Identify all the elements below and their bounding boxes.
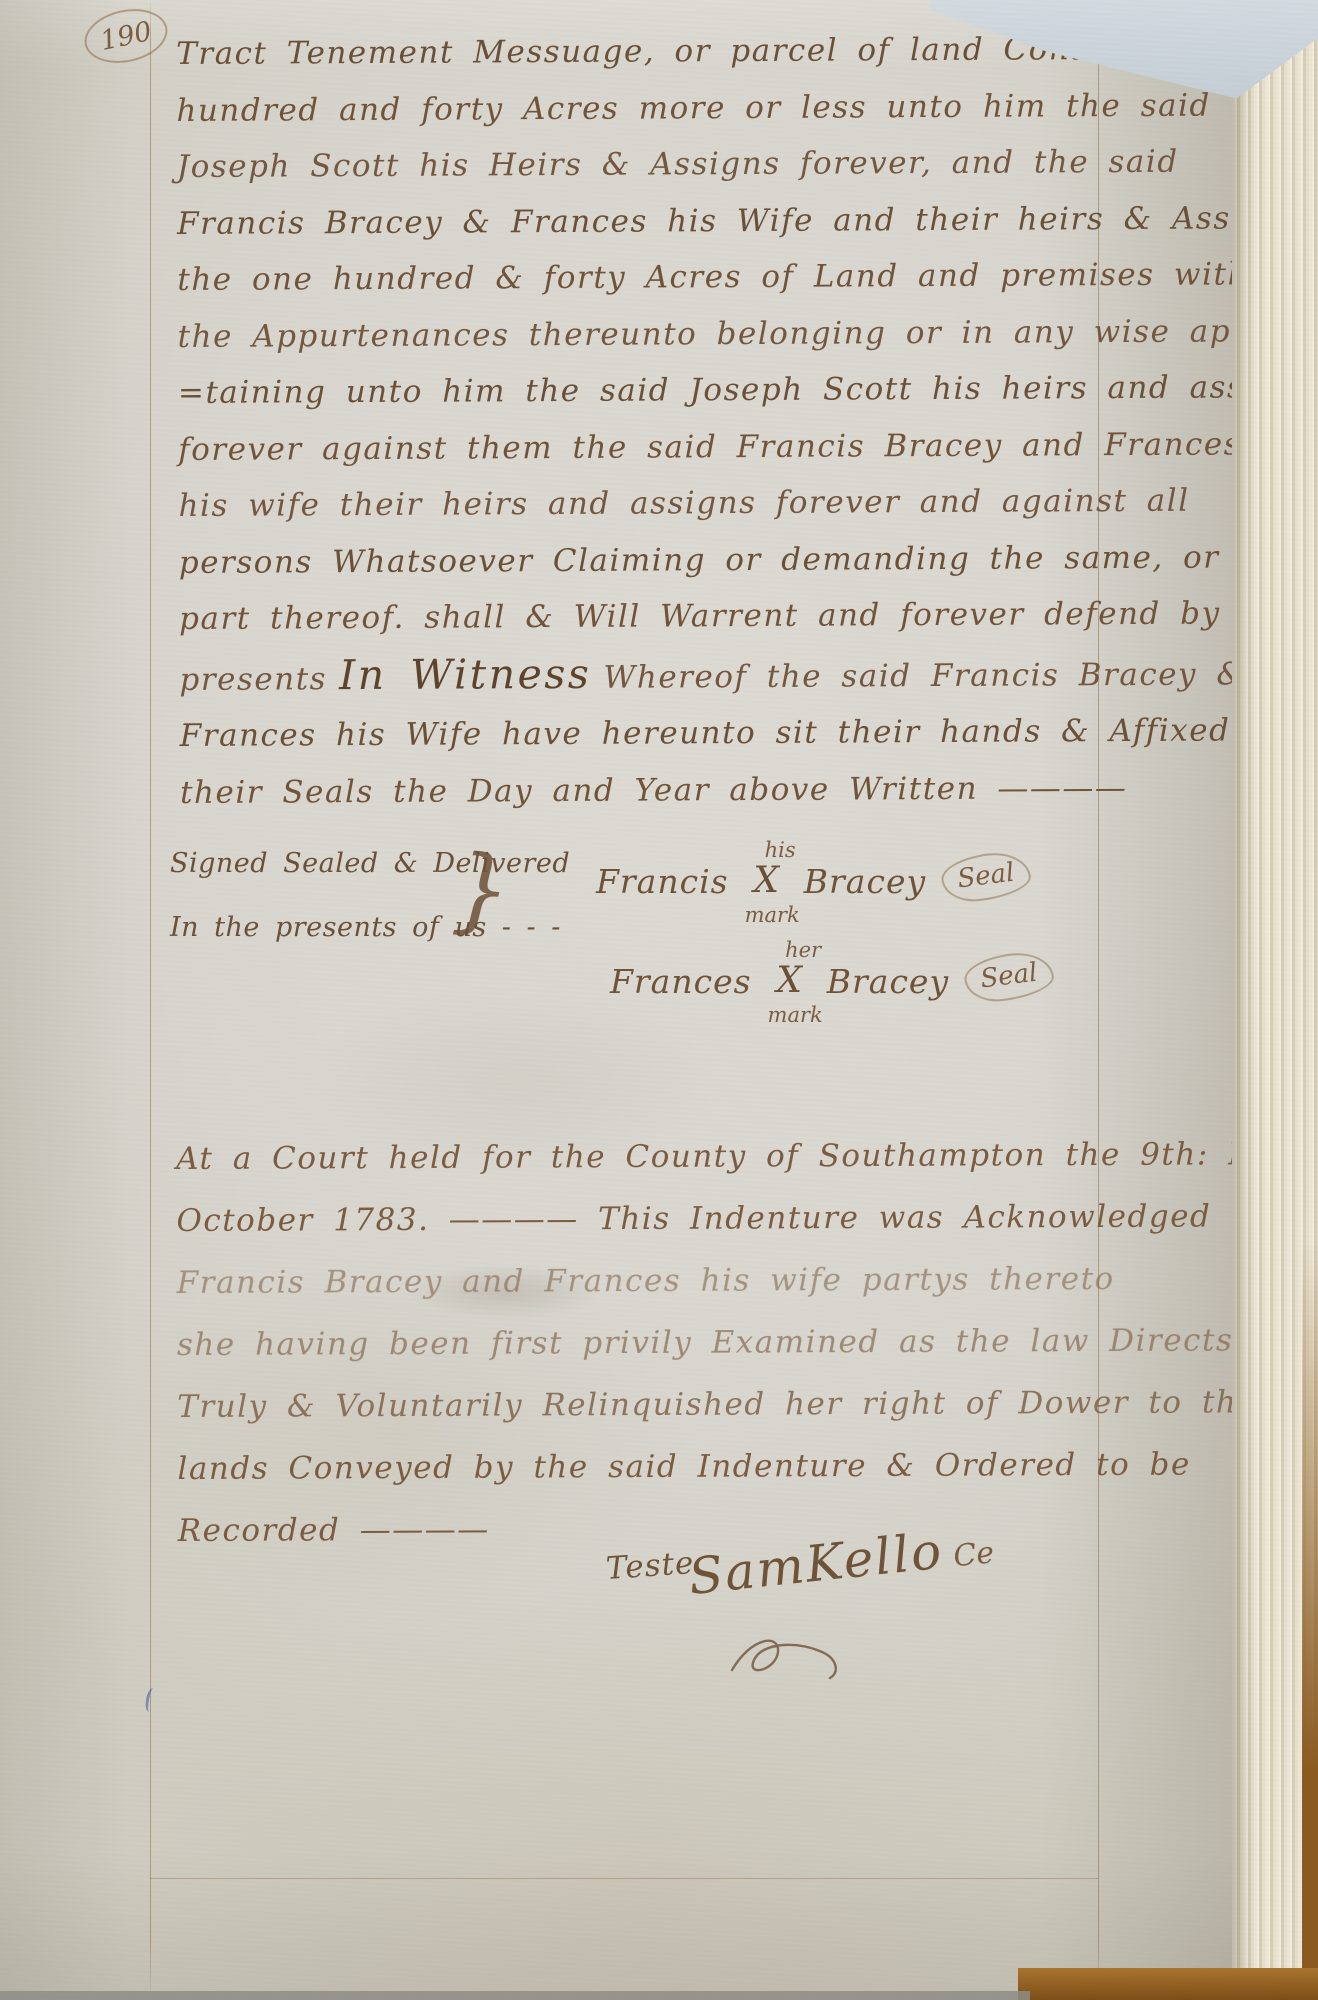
desk-wood-strip — [1018, 1968, 1318, 2000]
deed-line: Joseph Scott his Heirs & Assigns forever… — [177, 134, 1117, 195]
signer-first-name: Francis — [596, 862, 729, 901]
signer-last-name: Bracey — [804, 862, 926, 901]
page-bottom-shadow — [0, 1991, 1030, 2000]
signer-first-name: Frances — [610, 962, 752, 1001]
witness-line-pre: presents — [179, 661, 327, 698]
signature-x-mark: X — [776, 963, 802, 999]
bottom-margin-rule — [150, 1878, 1098, 1879]
attestation-brace-icon: } — [449, 835, 513, 945]
mark-possessive: his — [765, 840, 796, 861]
signature-frances-bracey: Frances her X mark Bracey Seal — [610, 942, 1054, 1020]
clerk-signature-title: Ce — [952, 1535, 996, 1574]
signature-mark-stack: her X mark — [762, 942, 817, 1020]
deed-line: his wife their heirs and assigns forever… — [178, 473, 1118, 534]
deed-line: the Appurtenances thereunto belonging or… — [177, 304, 1117, 365]
court-line: lands Conveyed by the said Indenture & O… — [177, 1434, 1127, 1500]
page-number: 190 — [80, 2, 173, 70]
deed-line: persons Whatsoever Claiming or demanding… — [179, 530, 1119, 591]
mark-word: mark — [745, 905, 800, 926]
court-line: Truly & Voluntarily Relinquished her rig… — [177, 1372, 1127, 1438]
deed-line: Tract Tenement Messuage, or parcel of la… — [176, 21, 1116, 82]
court-record-paragraph: At a Court held for the County of Southa… — [176, 1124, 1128, 1562]
deed-line: hundred and forty Acres more or less unt… — [176, 78, 1116, 139]
witness-emphasis: In Witness — [339, 649, 592, 698]
desk-wood-edge — [1302, 1240, 1318, 2000]
teste-label: Teste — [605, 1545, 696, 1587]
mark-word: mark — [768, 1005, 823, 1026]
witness-line-post: Whereof the said Francis Bracey & — [603, 656, 1245, 695]
seal-flourish: Seal — [962, 949, 1056, 1006]
mark-possessive: her — [785, 940, 821, 961]
stray-pen-mark — [144, 1687, 158, 1712]
page-number-text: 190 — [98, 15, 155, 56]
court-line: Francis Bracey and Frances his wife part… — [177, 1248, 1127, 1314]
signature-flourish-icon — [722, 1628, 852, 1698]
seal-flourish: Seal — [939, 849, 1033, 906]
deed-body-paragraph: Tract Tenement Messuage, or parcel of la… — [176, 21, 1120, 821]
deed-line: the one hundred & forty Acres of Land an… — [177, 247, 1117, 308]
deed-line: Frances his Wife have hereunto sit their… — [180, 703, 1120, 764]
deed-line: forever against them the said Francis Br… — [178, 417, 1118, 478]
signer-last-name: Bracey — [827, 962, 949, 1001]
deed-line-witness: presentsIn WitnessWhereof the said Franc… — [179, 643, 1119, 708]
signature-mark-stack: his X mark — [739, 842, 794, 920]
court-line: At a Court held for the County of Southa… — [176, 1124, 1126, 1190]
deed-line: =taining unto him the said Joseph Scott … — [178, 360, 1118, 421]
deed-line: Francis Bracey & Frances his Wife and th… — [177, 191, 1117, 252]
deed-line: their Seals the Day and Year above Writt… — [180, 760, 1120, 821]
signature-francis-bracey: Francis his X mark Bracey Seal — [596, 842, 1031, 920]
court-line: she having been first privily Examined a… — [177, 1310, 1127, 1376]
court-line: October 1783. ———— This Indenture was Ac… — [176, 1186, 1126, 1252]
signature-x-mark: X — [753, 863, 779, 899]
manuscript-page-scan: 190 Tract Tenement Messuage, or parcel o… — [0, 0, 1318, 2000]
deed-line: part thereof. shall & Will Warrent and f… — [179, 586, 1119, 647]
